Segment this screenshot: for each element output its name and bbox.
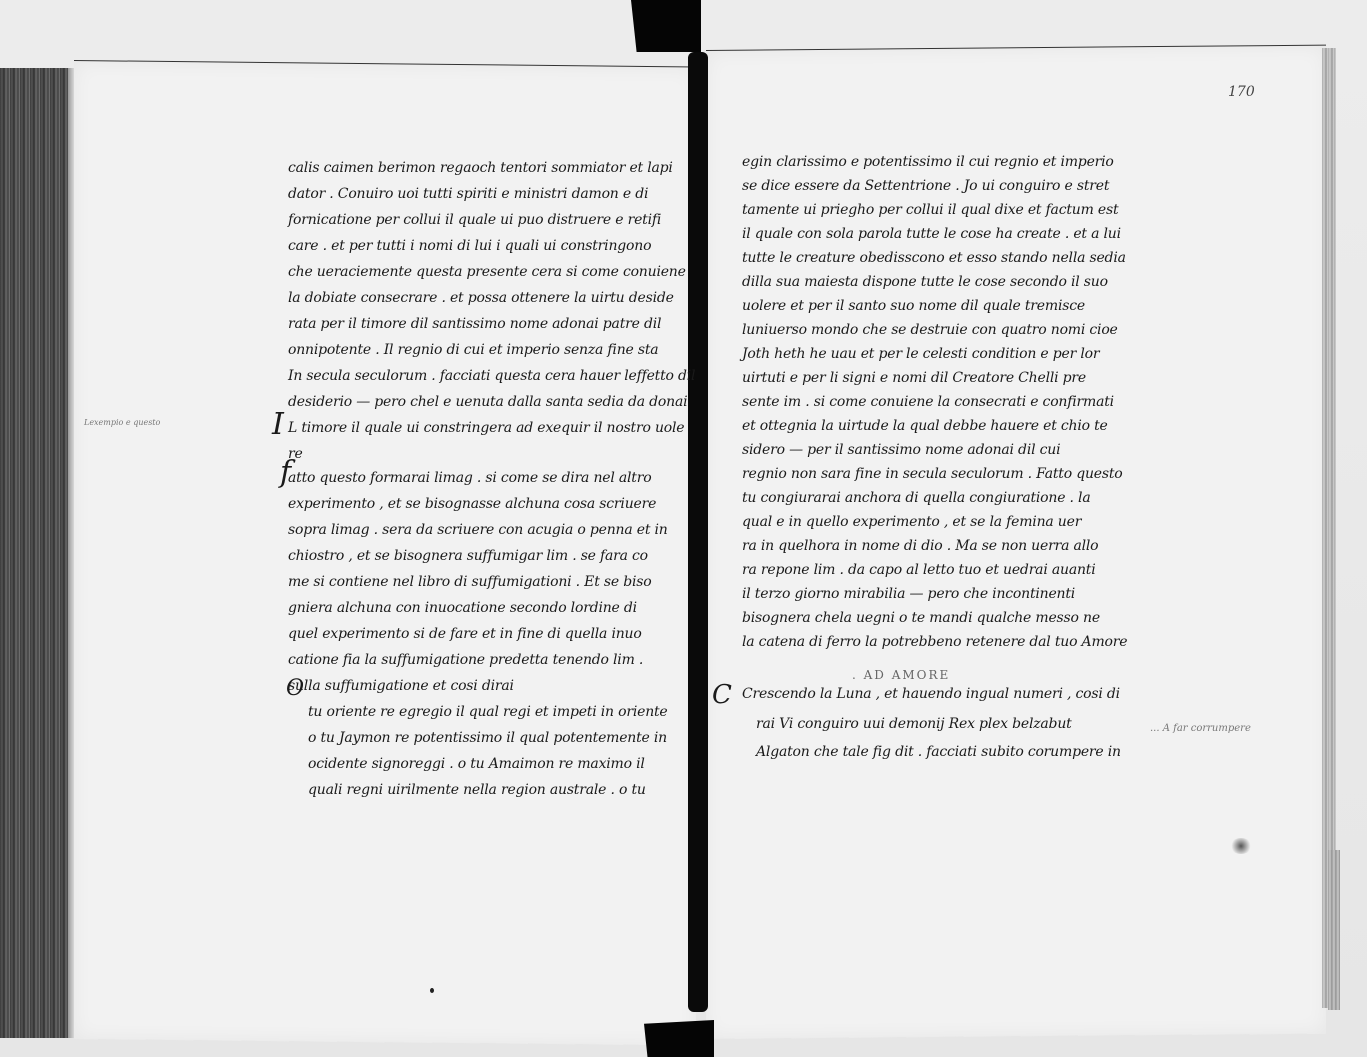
text-line: et ottegnia la uirtude la qual debbe hau… bbox=[742, 416, 1108, 436]
text-line: chiostro , et se bisognera suffumigar li… bbox=[288, 546, 648, 566]
text-line: tu congiurarai anchora di quella congiur… bbox=[742, 488, 1090, 508]
text-line: me si contiene nel libro di suffumigatio… bbox=[288, 572, 651, 592]
text-line: calis caimen berimon regaoch tentori som… bbox=[288, 158, 673, 178]
text-line: L timore il quale ui constringera ad exe… bbox=[288, 418, 684, 438]
text-line: tamente ui priegho per collui il qual di… bbox=[742, 200, 1118, 220]
text-line: se dice essere da Settentrione . Jo ui c… bbox=[742, 176, 1109, 196]
text-line: In secula seculorum . facciati questa ce… bbox=[288, 366, 695, 386]
text-line: onnipotente . Il regnio di cui et imperi… bbox=[288, 340, 658, 360]
text-line: il quale con sola parola tutte le cose h… bbox=[742, 224, 1121, 244]
initial-letter: O bbox=[286, 674, 304, 704]
text-line: care . et per tutti i nomi di lui i qual… bbox=[288, 236, 651, 256]
book-gutter bbox=[688, 52, 708, 1012]
text-line: qual e in quello experimento , et se la … bbox=[742, 512, 1081, 532]
text-line: rai Vi conguiro uui demonij Rex plex bel… bbox=[756, 714, 1072, 734]
text-line: o tu Jaymon re potentissimo il qual pote… bbox=[308, 728, 667, 748]
text-line: Algaton che tale fig dit . facciati subi… bbox=[756, 742, 1121, 762]
text-line: tu oriente re egregio il qual regi et im… bbox=[308, 702, 668, 722]
text-line: ocidente signoreggi . o tu Amaimon re ma… bbox=[308, 754, 645, 774]
text-line: desiderio — pero chel e uenuta dalla san… bbox=[288, 392, 687, 412]
right-fore-edge-lower bbox=[1328, 850, 1340, 1010]
text-line: quel experimento si de fare et in fine d… bbox=[288, 624, 642, 644]
right-margin-note: ... A far corrumpere bbox=[1150, 723, 1251, 734]
text-line: ra in quelhora in nome di dio . Ma se no… bbox=[742, 536, 1098, 556]
text-line: dilla sua maiesta dispone tutte le cose … bbox=[742, 272, 1108, 292]
text-line: sente im . si come conuiene la consecrat… bbox=[742, 392, 1114, 412]
ink-dot bbox=[430, 988, 434, 993]
text-line: tutte le creature obedisscono et esso st… bbox=[742, 248, 1126, 268]
text-line: la dobiate consecrare . et possa ottener… bbox=[288, 288, 674, 308]
text-line: dator . Conuiro uoi tutti spiriti e mini… bbox=[288, 184, 648, 204]
initial-letter: I bbox=[272, 410, 284, 440]
text-line: catione fia la suffumigatione predetta t… bbox=[288, 650, 643, 670]
text-line: sidero — per il santissimo nome adonai d… bbox=[742, 440, 1060, 460]
text-line: fornicatione per collui il quale ui puo … bbox=[288, 210, 661, 230]
folio-number: 170 bbox=[1228, 84, 1255, 100]
text-line: che ueraciemente questa presente cera si… bbox=[288, 262, 686, 282]
text-line: Crescendo la Luna , et hauendo ingual nu… bbox=[742, 684, 1120, 704]
text-line: sulla suffumigatione et cosi dirai bbox=[288, 676, 514, 696]
text-line: atto questo formarai limag . si come se … bbox=[288, 468, 651, 488]
text-line: la catena di ferro la potrebbeno retener… bbox=[742, 632, 1127, 652]
left-fore-edge bbox=[0, 68, 74, 1038]
spine-weight-bottom bbox=[644, 1020, 714, 1057]
text-line: quali regni uirilmente nella region aust… bbox=[308, 780, 646, 800]
text-line: sopra limag . sera da scriuere con acugi… bbox=[288, 520, 668, 540]
left-margin-note: Lexempio e questo bbox=[84, 418, 160, 427]
text-line: uirtuti e per li signi e nomi dil Creato… bbox=[742, 368, 1086, 388]
text-line: rata per il timore dil santissimo nome a… bbox=[288, 314, 661, 334]
text-line: il terzo giorno mirabilia — pero che inc… bbox=[742, 584, 1075, 604]
text-line: egin clarissimo e potentissimo il cui re… bbox=[742, 152, 1114, 172]
spine-weight-top bbox=[631, 0, 701, 52]
text-line: gniera alchuna con inuocatione secondo l… bbox=[288, 598, 637, 618]
text-line: uolere et per il santo suo nome dil qual… bbox=[742, 296, 1085, 316]
ink-smudge bbox=[1230, 838, 1252, 854]
text-line: ra repone lim . da capo al letto tuo et … bbox=[742, 560, 1096, 580]
initial-letter: C bbox=[712, 680, 732, 710]
section-heading: . AD AMORE bbox=[852, 668, 950, 682]
text-line: experimento , et se bisognasse alchuna c… bbox=[288, 494, 656, 514]
text-line: bisognera chela uegni o te mandi qualche… bbox=[742, 608, 1100, 628]
text-line: luniuerso mondo che se destruie con quat… bbox=[742, 320, 1118, 340]
text-line: Joth heth he uau et per le celesti condi… bbox=[742, 344, 1099, 364]
text-line: regnio non sara fine in secula seculorum… bbox=[742, 464, 1123, 484]
